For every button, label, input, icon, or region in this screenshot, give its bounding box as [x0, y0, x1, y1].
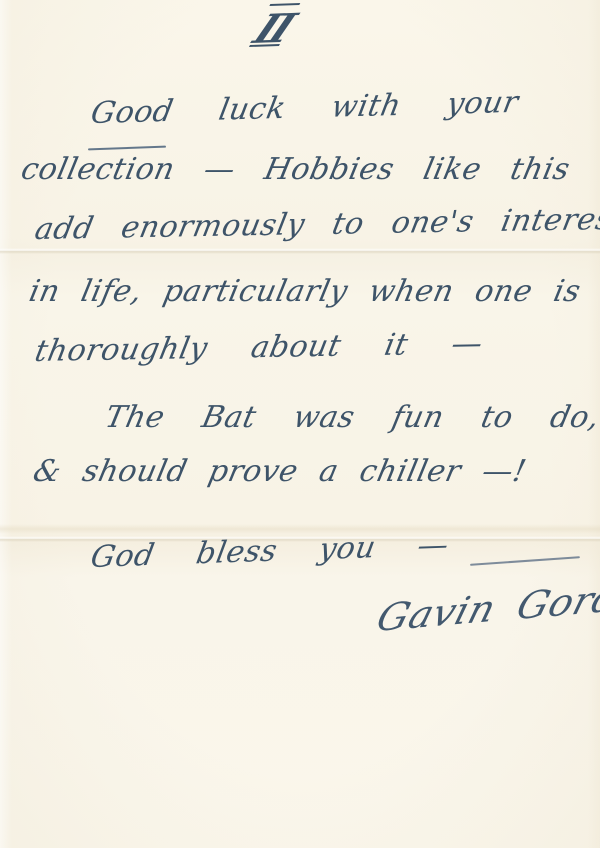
- handwriting-line: in life, particularly when one is: [26, 274, 584, 309]
- handwriting-line: thoroughly about it —: [32, 326, 486, 369]
- underline-stroke: [88, 146, 166, 151]
- page-number: II: [246, 5, 299, 53]
- handwriting-line: The Bat was fun to do,: [102, 400, 600, 435]
- fold-crease-top: [0, 248, 600, 254]
- handwriting-line: add enormously to one's interest: [32, 202, 600, 247]
- handwriting-line: collection — Hobbies like this: [18, 152, 573, 187]
- signature-flourish: [470, 556, 580, 566]
- handwriting-line: God bless you —: [88, 528, 452, 575]
- letter-page: II Good luck with your collection — Hobb…: [0, 0, 600, 848]
- handwriting-line: & should prove a chiller —!: [30, 454, 529, 489]
- signature: Gavin Gordon: [372, 572, 600, 640]
- handwriting-line: Good luck with your: [88, 85, 521, 131]
